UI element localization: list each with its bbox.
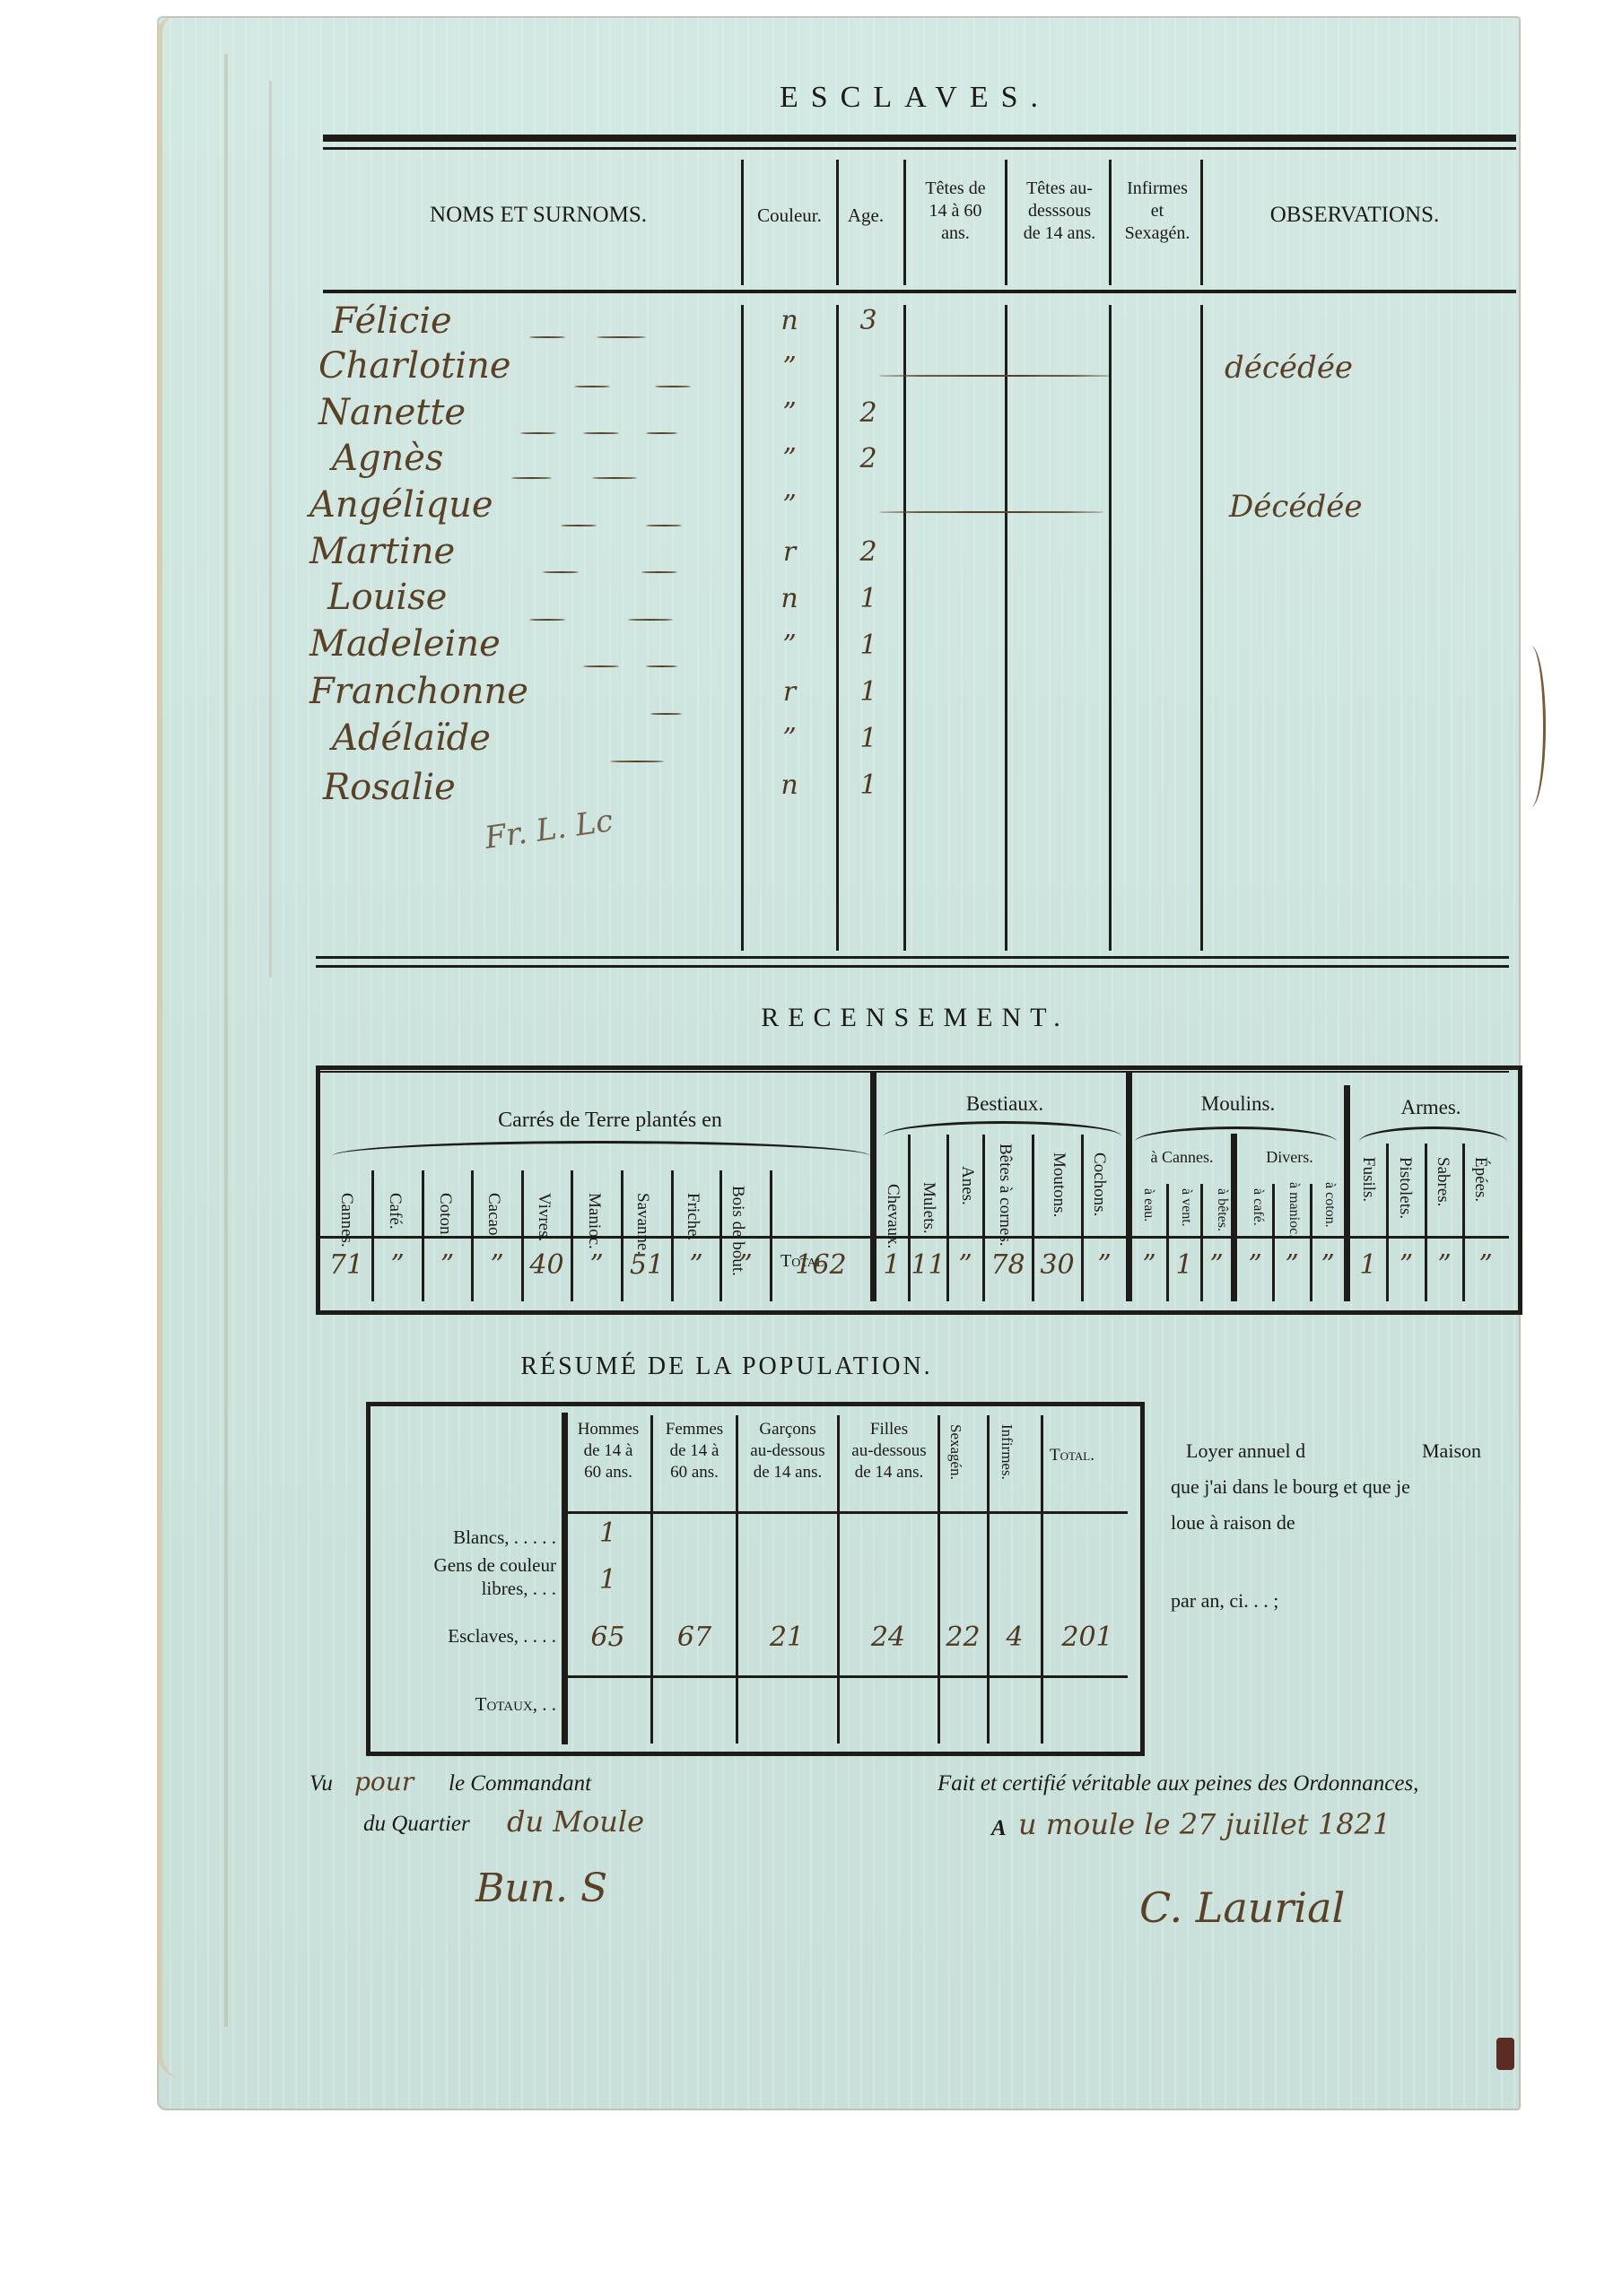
col-manioc: Manioc.: [585, 1193, 603, 1249]
loyer-line2: que j'ai dans le bourg et que je: [1171, 1475, 1410, 1499]
rule: [316, 956, 1509, 959]
couleur-cell: ”: [749, 723, 830, 754]
pop-esclaves-total: 201: [1042, 1622, 1132, 1653]
dash: [574, 386, 610, 387]
col-moutons: Moutons.: [1050, 1152, 1068, 1217]
age-cell: 1: [842, 630, 895, 661]
slave-name: Rosalie: [323, 767, 456, 808]
col-divider: [903, 160, 906, 285]
header-age: Age.: [839, 202, 893, 229]
rule: [323, 135, 1516, 142]
col-pistolets: Pistolets.: [1396, 1157, 1414, 1219]
slave-name: Charlotine: [318, 345, 511, 387]
col-divider: [422, 1170, 424, 1301]
col-divider: [987, 1415, 990, 1744]
value-fusils: 1: [1350, 1249, 1386, 1281]
commandant-label: le Commandant: [449, 1771, 591, 1796]
header-couleur: Couleur.: [745, 202, 834, 229]
esclaves-title: ESCLAVES.: [682, 81, 1148, 115]
torn-left-edge: [157, 16, 270, 2079]
dash: [529, 336, 565, 338]
rule: [323, 147, 1516, 150]
pop-blancs-hommes: 1: [565, 1518, 650, 1549]
deceased-line: [879, 375, 1112, 377]
couleur-cell: r: [749, 676, 830, 708]
lieu-label: A: [991, 1816, 1007, 1841]
header-tetes-sous-14: Têtes au- desssous de 14 ans.: [1009, 178, 1110, 245]
dash: [592, 477, 637, 479]
pop-row-gens-de-couleur: Gens de couleur libres, . . .: [386, 1553, 556, 1600]
group-moulins: Moulins.: [1139, 1092, 1337, 1116]
col-coton: Coton.: [436, 1193, 454, 1239]
value-mulets: 11: [910, 1249, 946, 1281]
paper-fold: [224, 54, 228, 2027]
couleur-cell: ”: [749, 630, 830, 661]
age-cell: 1: [842, 723, 895, 754]
col-moulin-coton: à coton.: [1321, 1182, 1339, 1228]
value-bois: ”: [721, 1249, 770, 1281]
col-divider: [371, 1170, 374, 1301]
age-cell: 1: [842, 676, 895, 708]
slave-name: Nanette: [318, 392, 466, 433]
deceased-line: [879, 511, 1103, 513]
pop-esclaves-hommes: 65: [565, 1622, 650, 1653]
value-total: 162: [772, 1249, 870, 1281]
col-divider: [937, 1415, 940, 1744]
pop-header-sexagen: Sexagén.: [946, 1424, 964, 1480]
couleur-cell: n: [749, 305, 830, 336]
loyer-maison: Maison: [1422, 1439, 1481, 1463]
slave-name: Félicie: [332, 300, 452, 342]
dash: [597, 336, 646, 338]
pop-header-total: Total.: [1050, 1446, 1094, 1465]
dash: [655, 386, 691, 387]
observation-cell: Décédée: [1229, 489, 1363, 525]
slave-name: Madeleine: [310, 623, 501, 665]
dash: [646, 432, 677, 434]
col-divider: [471, 1170, 474, 1301]
col-sabres: Sabres.: [1434, 1157, 1452, 1206]
col-divider: [903, 305, 906, 951]
value-moulin-vent: 1: [1168, 1249, 1200, 1281]
certification-text: Fait et certifié véritable aux peines de…: [937, 1771, 1418, 1796]
col-divider: [1109, 160, 1112, 285]
col-cannes: Cannes.: [337, 1193, 355, 1233]
slave-name: Franchonne: [310, 671, 528, 712]
age-cell: 2: [842, 443, 895, 474]
value-cannes: 71: [321, 1249, 371, 1281]
rule: [567, 1675, 1128, 1678]
pop-header-hommes: Hommes de 14 à 60 ans.: [567, 1419, 650, 1483]
value-vivres: 40: [523, 1249, 571, 1281]
age-cell: 2: [842, 536, 895, 568]
value-moulin-eau: ”: [1132, 1249, 1166, 1281]
value-anes: ”: [948, 1249, 982, 1281]
col-epees: Épées.: [1471, 1157, 1489, 1202]
recensement-title: RECENSEMENT.: [682, 1003, 1148, 1033]
col-divider: [770, 1170, 772, 1301]
paper-fold: [269, 81, 272, 978]
value-epees: ”: [1464, 1249, 1507, 1281]
header-observations: OBSERVATIONS.: [1220, 202, 1489, 229]
dash: [583, 432, 619, 434]
rule: [567, 1511, 1128, 1514]
col-divider: [741, 305, 744, 951]
col-fusils: Fusils.: [1359, 1157, 1377, 1202]
slave-name: Martine: [310, 531, 455, 572]
pop-esclaves-filles: 24: [839, 1622, 937, 1653]
value-manioc: ”: [572, 1249, 621, 1281]
dash: [583, 665, 619, 667]
group-divider: [1126, 1073, 1132, 1301]
col-divider: [719, 1170, 722, 1301]
couleur-cell: ”: [749, 490, 830, 521]
col-divider: [736, 1415, 738, 1744]
dash: [641, 571, 677, 573]
col-savanne: Savanne.: [633, 1193, 651, 1255]
value-moulin-manioc: ”: [1274, 1249, 1310, 1281]
group-divider: [1231, 1134, 1237, 1301]
col-betes-a-cornes: Bêtes à cornes.: [996, 1144, 1014, 1246]
value-moutons: 30: [1033, 1249, 1081, 1281]
commandant-signature: Bun. S: [475, 1865, 607, 1911]
col-divider: [741, 160, 744, 285]
age-cell: 3: [842, 305, 895, 336]
col-vivres: Vivres.: [535, 1193, 553, 1241]
col-divider: [1200, 160, 1203, 285]
col-divider: [1109, 305, 1112, 951]
pop-esclaves-sexagen: 22: [939, 1622, 987, 1653]
col-moulin-vent: à vent.: [1177, 1188, 1195, 1227]
col-moulin-eau: à eau.: [1139, 1188, 1157, 1222]
col-divider: [1200, 1184, 1203, 1301]
observation-cell: décédée: [1225, 350, 1353, 386]
vu-label: Vu: [310, 1771, 333, 1796]
lieu-date-hand: u moule le 27 juillet 1821: [1018, 1807, 1391, 1841]
slave-name: Angélique: [310, 484, 493, 526]
population-title: RÉSUMÉ DE LA POPULATION.: [502, 1352, 951, 1381]
header-tetes-14-60: Têtes de 14 à 60 ans.: [906, 178, 1005, 245]
value-moulin-coton: ”: [1312, 1249, 1344, 1281]
value-friche: ”: [673, 1249, 719, 1281]
col-friche: Friche.: [684, 1193, 702, 1240]
dash: [610, 761, 664, 762]
rule: [320, 1071, 1509, 1073]
col-divider: [521, 1170, 524, 1301]
col-divider: [621, 1170, 624, 1301]
col-divider: [1272, 1184, 1275, 1301]
value-cacao: ”: [473, 1249, 521, 1281]
col-divider: [1005, 160, 1007, 285]
col-moulin-betes: à bêtes.: [1213, 1188, 1231, 1231]
dash: [529, 619, 565, 621]
group-moulins-cannes: à Cannes.: [1130, 1148, 1234, 1167]
pop-header-garcons: Garçons au-dessous de 14 ans.: [737, 1419, 838, 1483]
col-divider: [837, 1415, 840, 1744]
pop-header-infirmes: Infirmes.: [998, 1424, 1016, 1480]
col-chevaux: Chevaux.: [884, 1184, 902, 1248]
pop-esclaves-garcons: 21: [737, 1622, 836, 1653]
dash: [628, 619, 673, 621]
loyer-line3: loue à raison de: [1171, 1511, 1295, 1535]
age-cell: 2: [842, 397, 895, 429]
col-moulin-cafe: à café.: [1249, 1188, 1267, 1226]
couleur-cell: n: [749, 583, 830, 614]
group-terre: Carrés de Terre plantés en: [395, 1109, 825, 1133]
couleur-cell: ”: [749, 352, 830, 383]
col-cafe: Café.: [386, 1193, 404, 1230]
value-chevaux: 1: [876, 1249, 908, 1281]
value-cochons: ”: [1083, 1249, 1126, 1281]
group-armes: Armes.: [1355, 1096, 1507, 1119]
group-bestiaux: Bestiaux.: [897, 1092, 1112, 1116]
loyer-line4: par an, ci. . . ;: [1171, 1589, 1278, 1613]
owner-signature: C. Laurial: [1139, 1883, 1345, 1932]
col-divider: [1166, 1184, 1169, 1301]
dash: [543, 571, 579, 573]
col-anes: Anes.: [958, 1166, 976, 1205]
pop-row-esclaves: Esclaves, . . . .: [386, 1625, 556, 1648]
dash: [511, 477, 552, 479]
col-divider: [1200, 305, 1203, 951]
col-cochons: Cochons.: [1090, 1152, 1108, 1216]
ink-stain: [1496, 2038, 1514, 2070]
col-divider: [1310, 1184, 1312, 1301]
rule: [323, 290, 1516, 293]
pop-gens-hommes: 1: [565, 1564, 650, 1596]
col-mulets: Mulets.: [920, 1182, 937, 1234]
pop-header-filles: Filles au-dessous de 14 ans.: [840, 1419, 938, 1483]
col-divider: [1005, 305, 1007, 951]
col-divider: [671, 1170, 674, 1301]
value-savanne: 51: [623, 1249, 671, 1281]
header-noms: NOMS ET SURNOMS.: [359, 202, 718, 229]
age-cell: 1: [842, 770, 895, 801]
quartier-hand: du Moule: [507, 1805, 644, 1839]
couleur-cell: n: [749, 770, 830, 801]
value-betes: 78: [984, 1249, 1032, 1281]
couleur-cell: r: [749, 536, 830, 568]
col-divider: [836, 305, 839, 951]
group-divider: [1344, 1085, 1350, 1301]
col-divider: [836, 160, 839, 285]
dash: [650, 713, 682, 715]
pop-esclaves-femmes: 67: [653, 1622, 736, 1653]
pop-header-femmes: Femmes de 14 à 60 ans.: [653, 1419, 736, 1483]
dash: [520, 432, 556, 434]
col-divider: [1041, 1415, 1043, 1744]
couleur-cell: ”: [749, 443, 830, 474]
loyer-line1: Loyer annuel d: [1186, 1439, 1305, 1463]
pop-row-blancs: Blancs, . . . . .: [386, 1526, 556, 1549]
header-infirmes: Infirmes et Sexagén.: [1112, 178, 1202, 245]
string-loop: [1516, 646, 1546, 807]
slave-name: Louise: [327, 577, 447, 618]
col-divider: [571, 1170, 573, 1301]
pop-esclaves-infirmes: 4: [989, 1622, 1041, 1653]
couleur-cell: ”: [749, 397, 830, 429]
value-coton: ”: [423, 1249, 471, 1281]
col-cacao: Cacao.: [484, 1193, 502, 1239]
rule: [316, 965, 1509, 968]
value-sabres: ”: [1426, 1249, 1462, 1281]
dash: [561, 525, 597, 526]
value-cafe: ”: [373, 1249, 422, 1281]
pop-row-totaux: Totaux, . .: [386, 1693, 556, 1716]
value-moulin-betes: ”: [1202, 1249, 1231, 1281]
slave-name: Adélaïde: [332, 717, 491, 759]
value-pistolets: ”: [1388, 1249, 1425, 1281]
dash: [646, 525, 682, 526]
dash: [646, 665, 677, 667]
vu-pour-hand: pour: [354, 1767, 414, 1796]
group-moulins-divers: Divers.: [1243, 1148, 1337, 1167]
slave-name: Agnès: [332, 438, 443, 479]
col-moulin-manioc: à manioc.: [1285, 1182, 1303, 1238]
value-moulin-cafe: ”: [1238, 1249, 1272, 1281]
col-divider: [650, 1415, 653, 1744]
quartier-label: du Quartier: [363, 1812, 470, 1837]
age-cell: 1: [842, 583, 895, 614]
